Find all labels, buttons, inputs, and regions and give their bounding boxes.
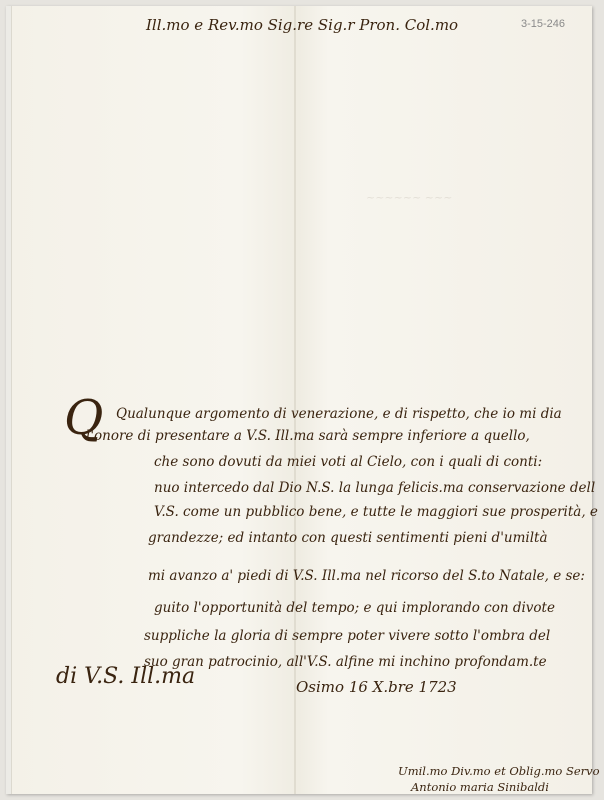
body-line: suppliche la gloria di sempre poter vive… — [144, 628, 550, 644]
body-line: l'onore di presentare a V.S. Ill.ma sarà… — [86, 428, 530, 444]
body-line: suo gran patrocinio, all'V.S. alfine mi … — [144, 654, 547, 670]
body-line: guito l'opportunità del tempo; e qui imp… — [154, 600, 555, 616]
closing-formula: di V.S. Ill.ma — [56, 664, 195, 689]
body-line: che sono dovuti da miei voti al Cielo, c… — [154, 454, 542, 470]
body-line: V.S. come un pubblico bene, e tutte le m… — [154, 504, 598, 520]
header-salutation: Ill.mo e Rev.mo Sig.re Sig.r Pron. Col.m… — [146, 16, 458, 34]
bleed-through-text: ~~~~~~ ~~~ — [366, 191, 456, 221]
date-line: Osimo 16 X.bre 1723 — [296, 678, 457, 696]
signature-name: Antonio maria Sinibaldi — [411, 780, 549, 794]
letter-page: Ill.mo e Rev.mo Sig.re Sig.r Pron. Col.m… — [6, 6, 592, 794]
body-line: Qualunque argomento di venerazione, e di… — [116, 406, 562, 422]
body-line: grandezze; ed intanto con questi sentime… — [148, 530, 548, 546]
body-line: nuo intercedo dal Dio N.S. la lunga feli… — [154, 480, 595, 496]
archive-number: 3-15-246 — [521, 18, 565, 30]
paper-fold — [294, 6, 296, 794]
signature-formula: Umil.mo Div.mo et Oblig.mo Servo — [398, 764, 600, 778]
body-line: mi avanzo a' piedi di V.S. Ill.ma nel ri… — [148, 568, 585, 584]
